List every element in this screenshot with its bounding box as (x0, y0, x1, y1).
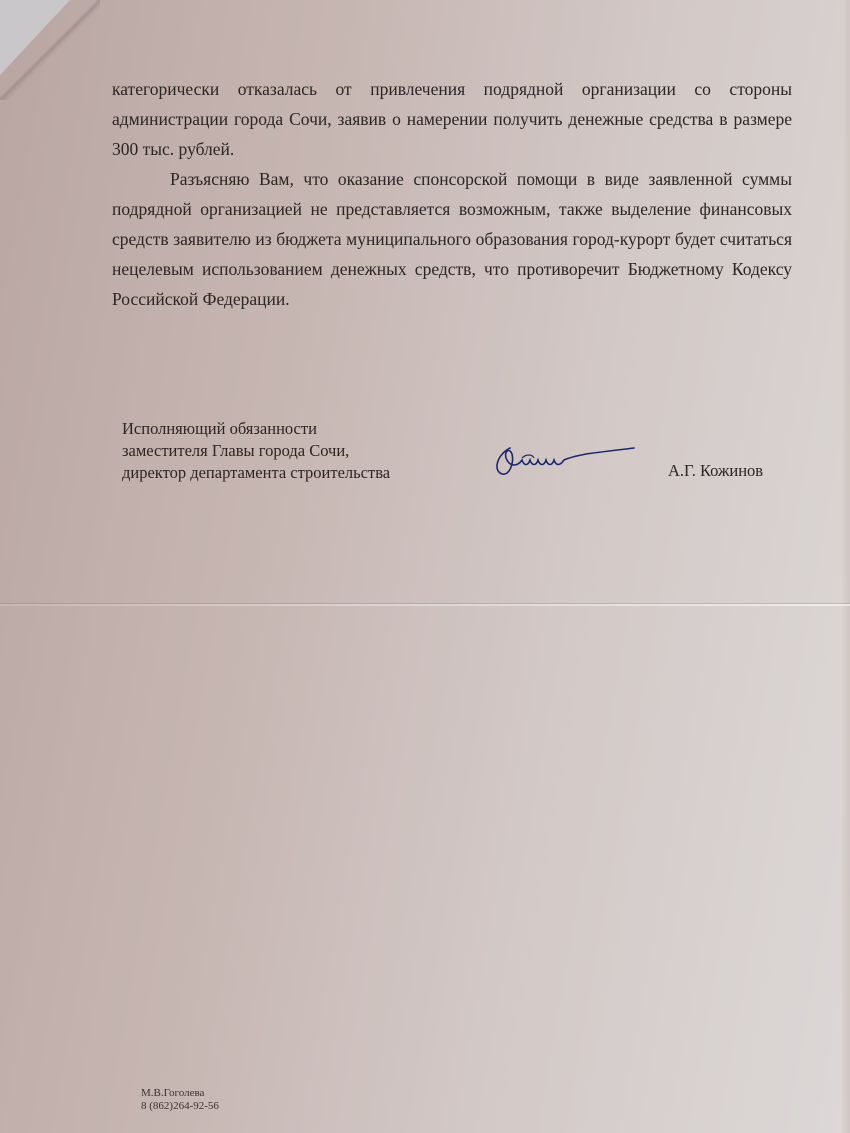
letter-body: категорически отказалась от привлечения … (112, 74, 792, 314)
executor-info: М.В.Гоголева 8 (862)264-92-56 (141, 1087, 219, 1113)
paper-fold-line (0, 604, 850, 606)
paragraph-1: категорически отказалась от привлечения … (112, 74, 792, 164)
executor-phone: 8 (862)264-92-56 (141, 1100, 219, 1113)
signatory-title: Исполняющий обязанности заместителя Глав… (122, 418, 390, 484)
handwritten-signature-icon (488, 440, 638, 480)
signer-name: А.Г. Кожинов (668, 461, 763, 481)
paragraph-2: Разъясняю Вам, что оказание спонсорской … (112, 164, 792, 314)
signatory-title-line-3: директор департамента строительства (122, 462, 390, 484)
letter-page: категорически отказалась от привлечения … (0, 0, 850, 1133)
signatory-title-line-2: заместителя Главы города Сочи, (122, 440, 390, 462)
signatory-title-line-1: Исполняющий обязанности (122, 418, 390, 440)
corner-shadow (0, 0, 100, 100)
page-edge (842, 0, 850, 1133)
executor-name: М.В.Гоголева (141, 1087, 219, 1100)
